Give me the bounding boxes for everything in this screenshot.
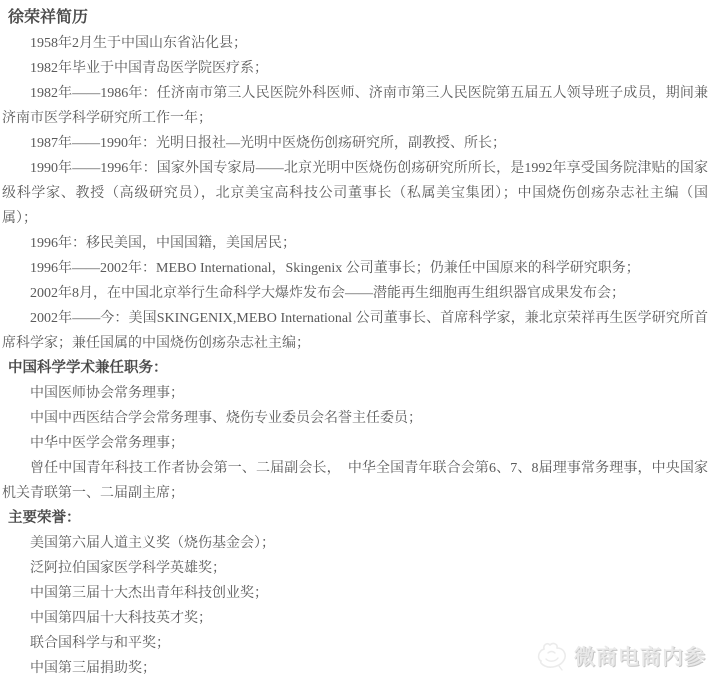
duty-item: 中国中西医结合学会常务理事、烧伤专业委员会名誉主任委员； xyxy=(2,406,708,431)
bio-paragraph: 2002年——今：美国SKINGENIX,MEBO International … xyxy=(2,306,708,356)
duty-item: 中华中医学会常务理事； xyxy=(2,431,708,456)
bio-paragraph: 1996年：移民美国，中国国籍，美国居民； xyxy=(2,231,708,256)
bio-paragraph: 2002年8月，在中国北京举行生命科学大爆炸发布会——潜能再生细胞再生组织器官成… xyxy=(2,281,708,306)
honor-item: 中国第三届捐助奖； xyxy=(2,656,708,681)
bio-paragraph: 1982年毕业于中国青岛医学院医疗系； xyxy=(2,56,708,81)
honor-item: 中国第三届十大杰出青年科技创业奖； xyxy=(2,581,708,606)
bio-paragraph: 1996年——2002年：MEBO International，Skingeni… xyxy=(2,256,708,281)
section-heading-duties: 中国科学学术兼任职务： xyxy=(8,356,708,381)
bio-paragraph: 1987年——1990年：光明日报社—光明中医烧伤创疡研究所，副教授、所长； xyxy=(2,131,708,156)
honor-item: 中国第四届十大科技英才奖； xyxy=(2,606,708,631)
resume-document: 徐荣祥简历 1958年2月生于中国山东省沾化县； 1982年毕业于中国青岛医学院… xyxy=(0,0,714,685)
honor-item: 泛阿拉伯国家医学科学英雄奖； xyxy=(2,556,708,581)
duty-item: 中国医师协会常务理事； xyxy=(2,381,708,406)
bio-paragraph: 1958年2月生于中国山东省沾化县； xyxy=(2,31,708,56)
honor-item: 联合国科学与和平奖； xyxy=(2,631,708,656)
page-title: 徐荣祥简历 xyxy=(8,5,708,31)
duty-item: 曾任中国青年科技工作者协会第一、二届副会长， 中华全国青年联合会第6、7、8届理… xyxy=(2,456,708,506)
bio-paragraph: 1990年——1996年：国家外国专家局——北京光明中医烧伤创疡研究所所长，是1… xyxy=(2,156,708,231)
bio-paragraph: 1982年——1986年：任济南市第三人民医院外科医师、济南市第三人民医院第五届… xyxy=(2,81,708,131)
honor-item: 美国第六届人道主义奖（烧伤基金会）； xyxy=(2,531,708,556)
section-heading-honors: 主要荣誉： xyxy=(8,506,708,531)
